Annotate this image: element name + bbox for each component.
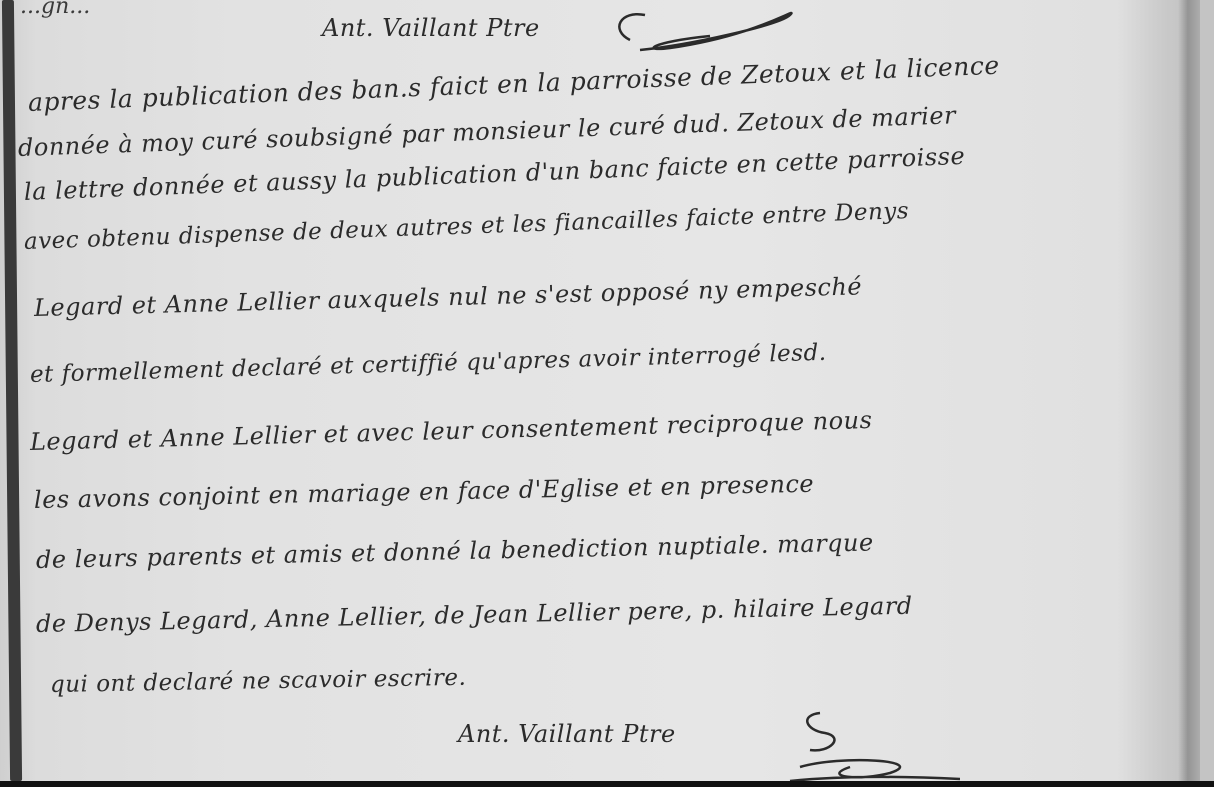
binding-shadow bbox=[1178, 0, 1200, 781]
header-signature: Ant. Vaillant Ptre bbox=[322, 14, 540, 42]
record-line-6: et formellement declaré et certiffié qu'… bbox=[30, 340, 827, 388]
footer-signature: Ant. Vaillant Ptre bbox=[458, 720, 676, 748]
record-line-5: Legard et Anne Lellier auxquels nul ne s… bbox=[34, 272, 863, 322]
record-line-7: Legard et Anne Lellier et avec leur cons… bbox=[30, 406, 873, 456]
record-line-10: de Denys Legard, Anne Lellier, de Jean L… bbox=[36, 592, 913, 638]
record-line-4: avec obtenu dispense de deux autres et l… bbox=[24, 198, 910, 255]
top-fragment-text: ...gn... bbox=[20, 0, 90, 19]
record-line-11: qui ont declaré ne scavoir escrire. bbox=[50, 665, 467, 698]
page-edge bbox=[1200, 0, 1214, 781]
footer-signature-flourish-icon bbox=[760, 705, 960, 781]
header-signature-flourish-icon bbox=[600, 0, 820, 60]
scan-border bbox=[0, 781, 1214, 787]
manuscript-page: ...gn... Ant. Vaillant Ptre apres la pub… bbox=[0, 0, 1214, 781]
record-line-9: de leurs parents et amis et donné la ben… bbox=[36, 528, 874, 574]
margin-rule bbox=[2, 0, 22, 781]
record-line-8: les avons conjoint en mariage en face d'… bbox=[34, 470, 815, 514]
